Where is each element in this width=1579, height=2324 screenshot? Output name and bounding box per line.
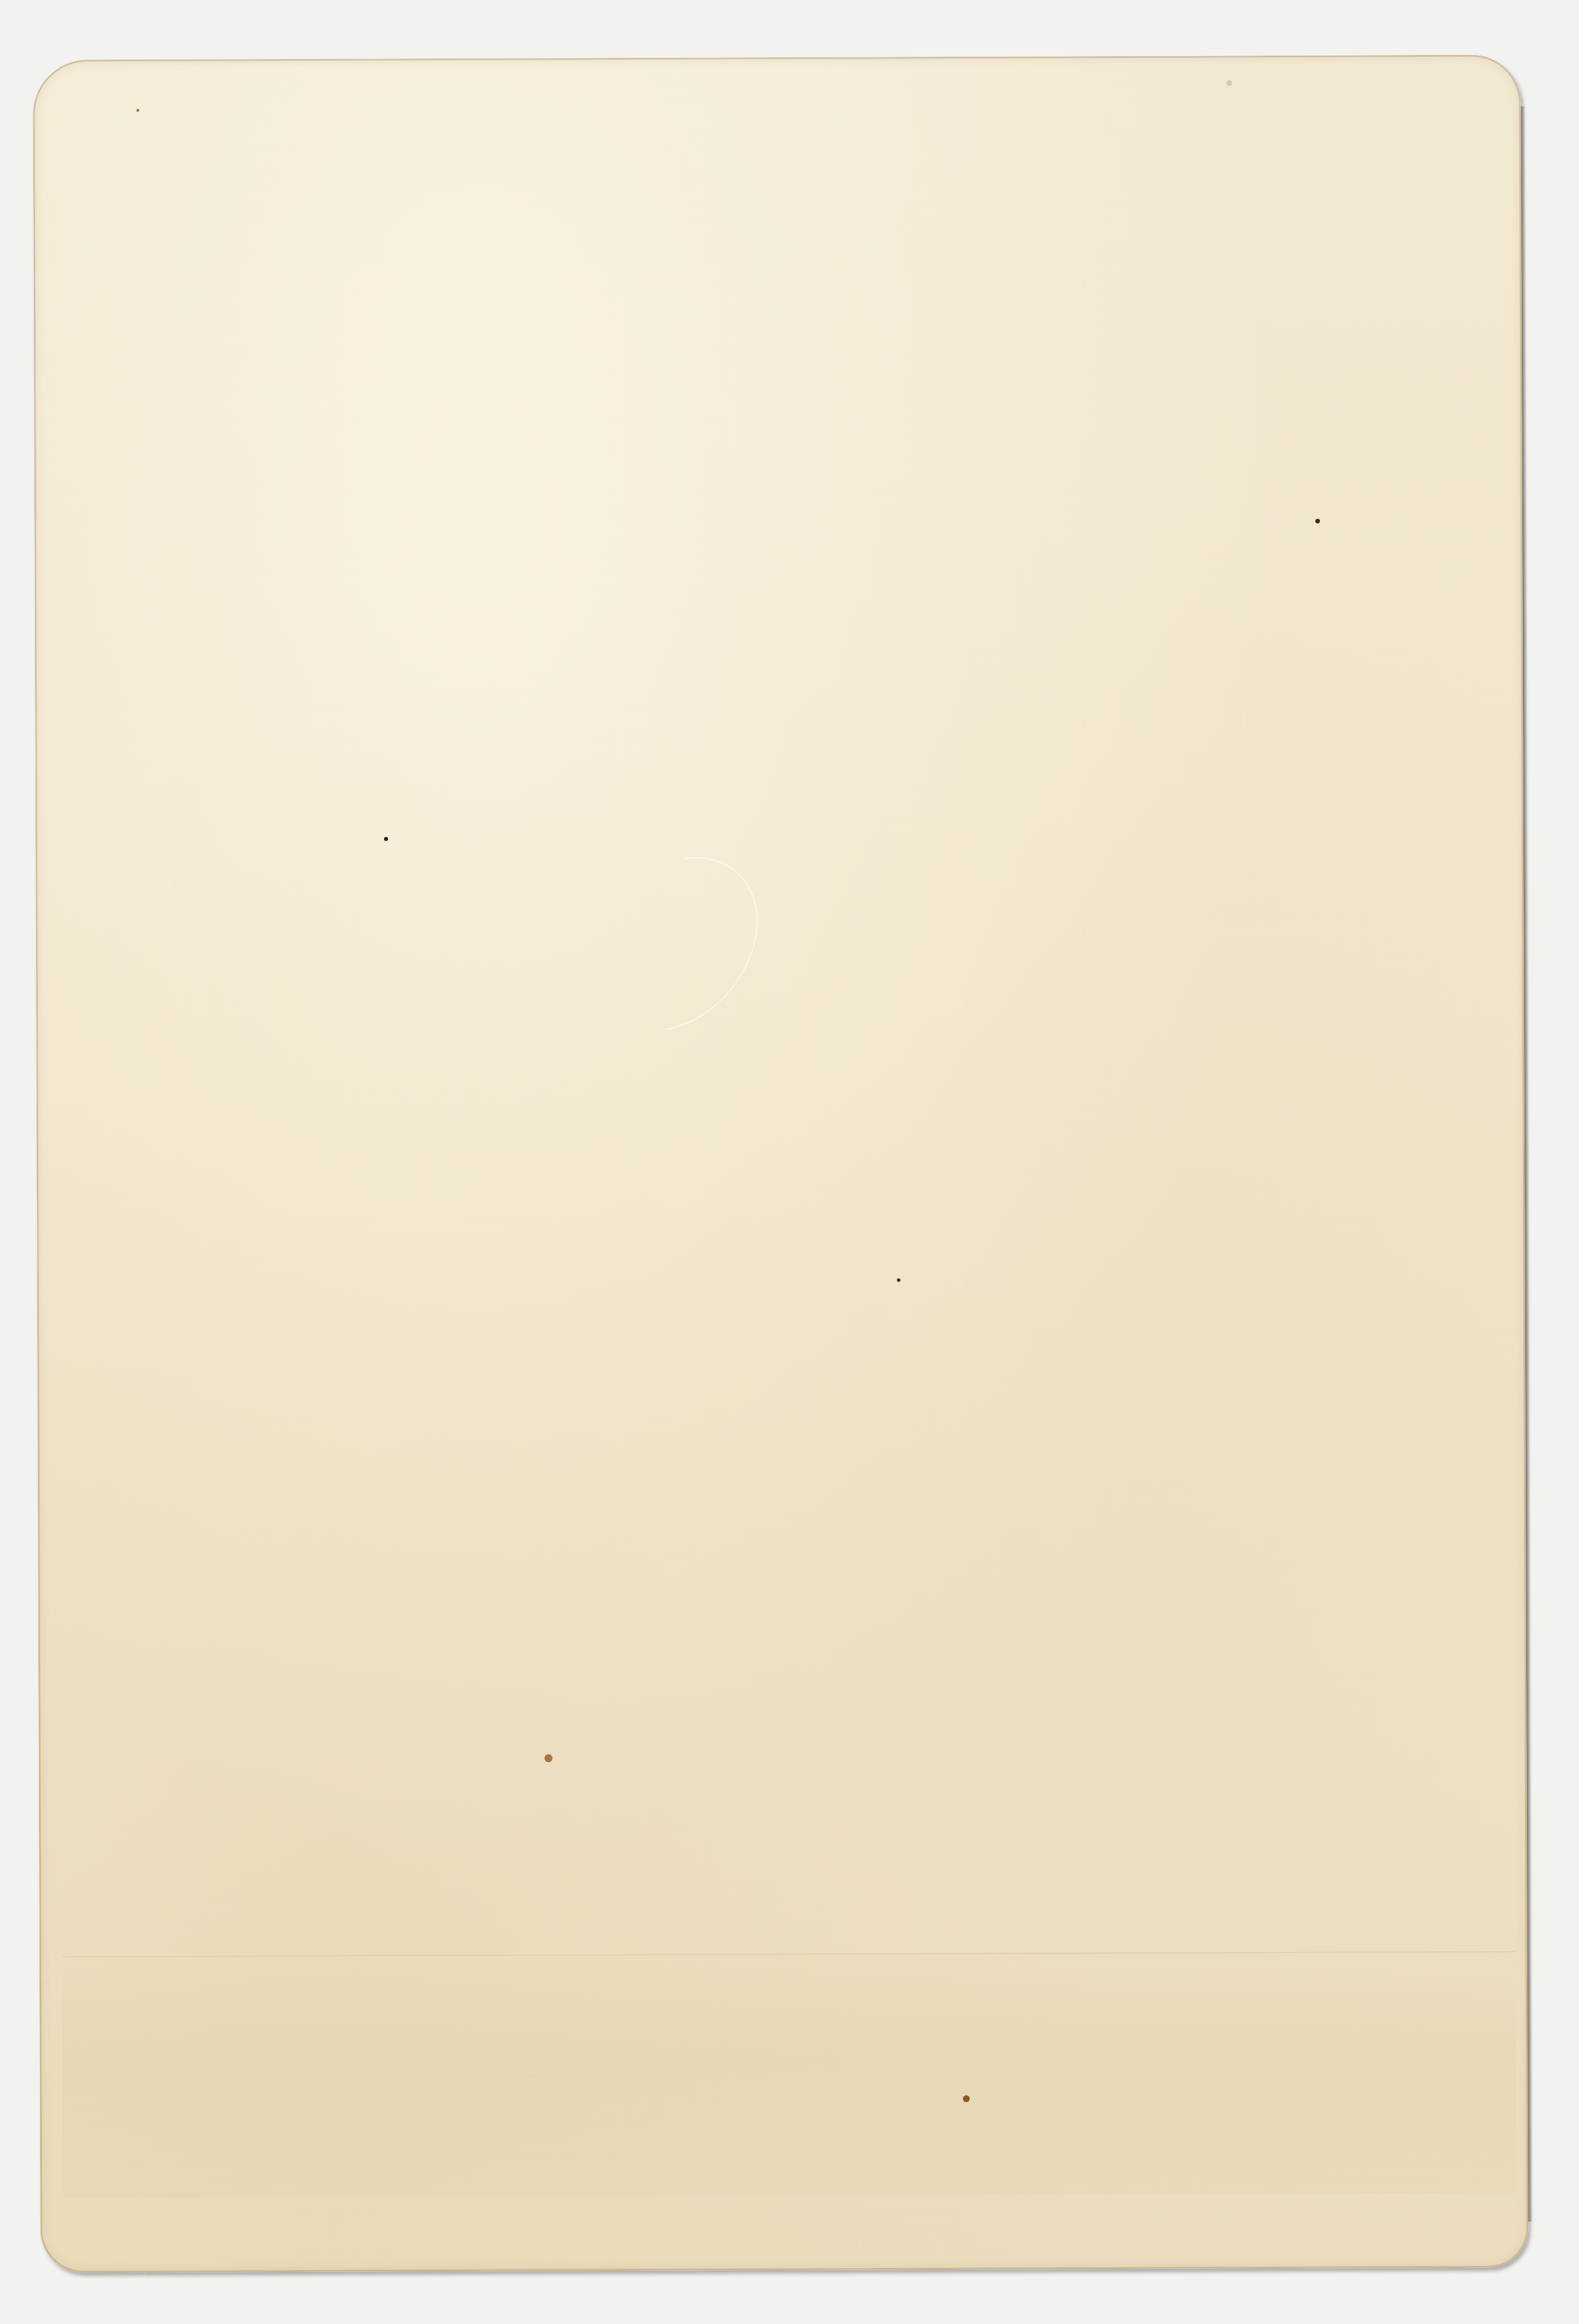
card-bottom-border-band xyxy=(62,1951,1517,2198)
foxing-spot xyxy=(544,1754,553,1762)
foxing-spot xyxy=(384,837,388,841)
foxing-spot xyxy=(897,1278,900,1282)
foxing-spot xyxy=(136,109,139,112)
foxing-spot xyxy=(1227,80,1232,86)
foxing-spot xyxy=(963,2095,970,2102)
foxing-spot xyxy=(1315,519,1320,523)
cabinet-card-back xyxy=(33,54,1528,2272)
